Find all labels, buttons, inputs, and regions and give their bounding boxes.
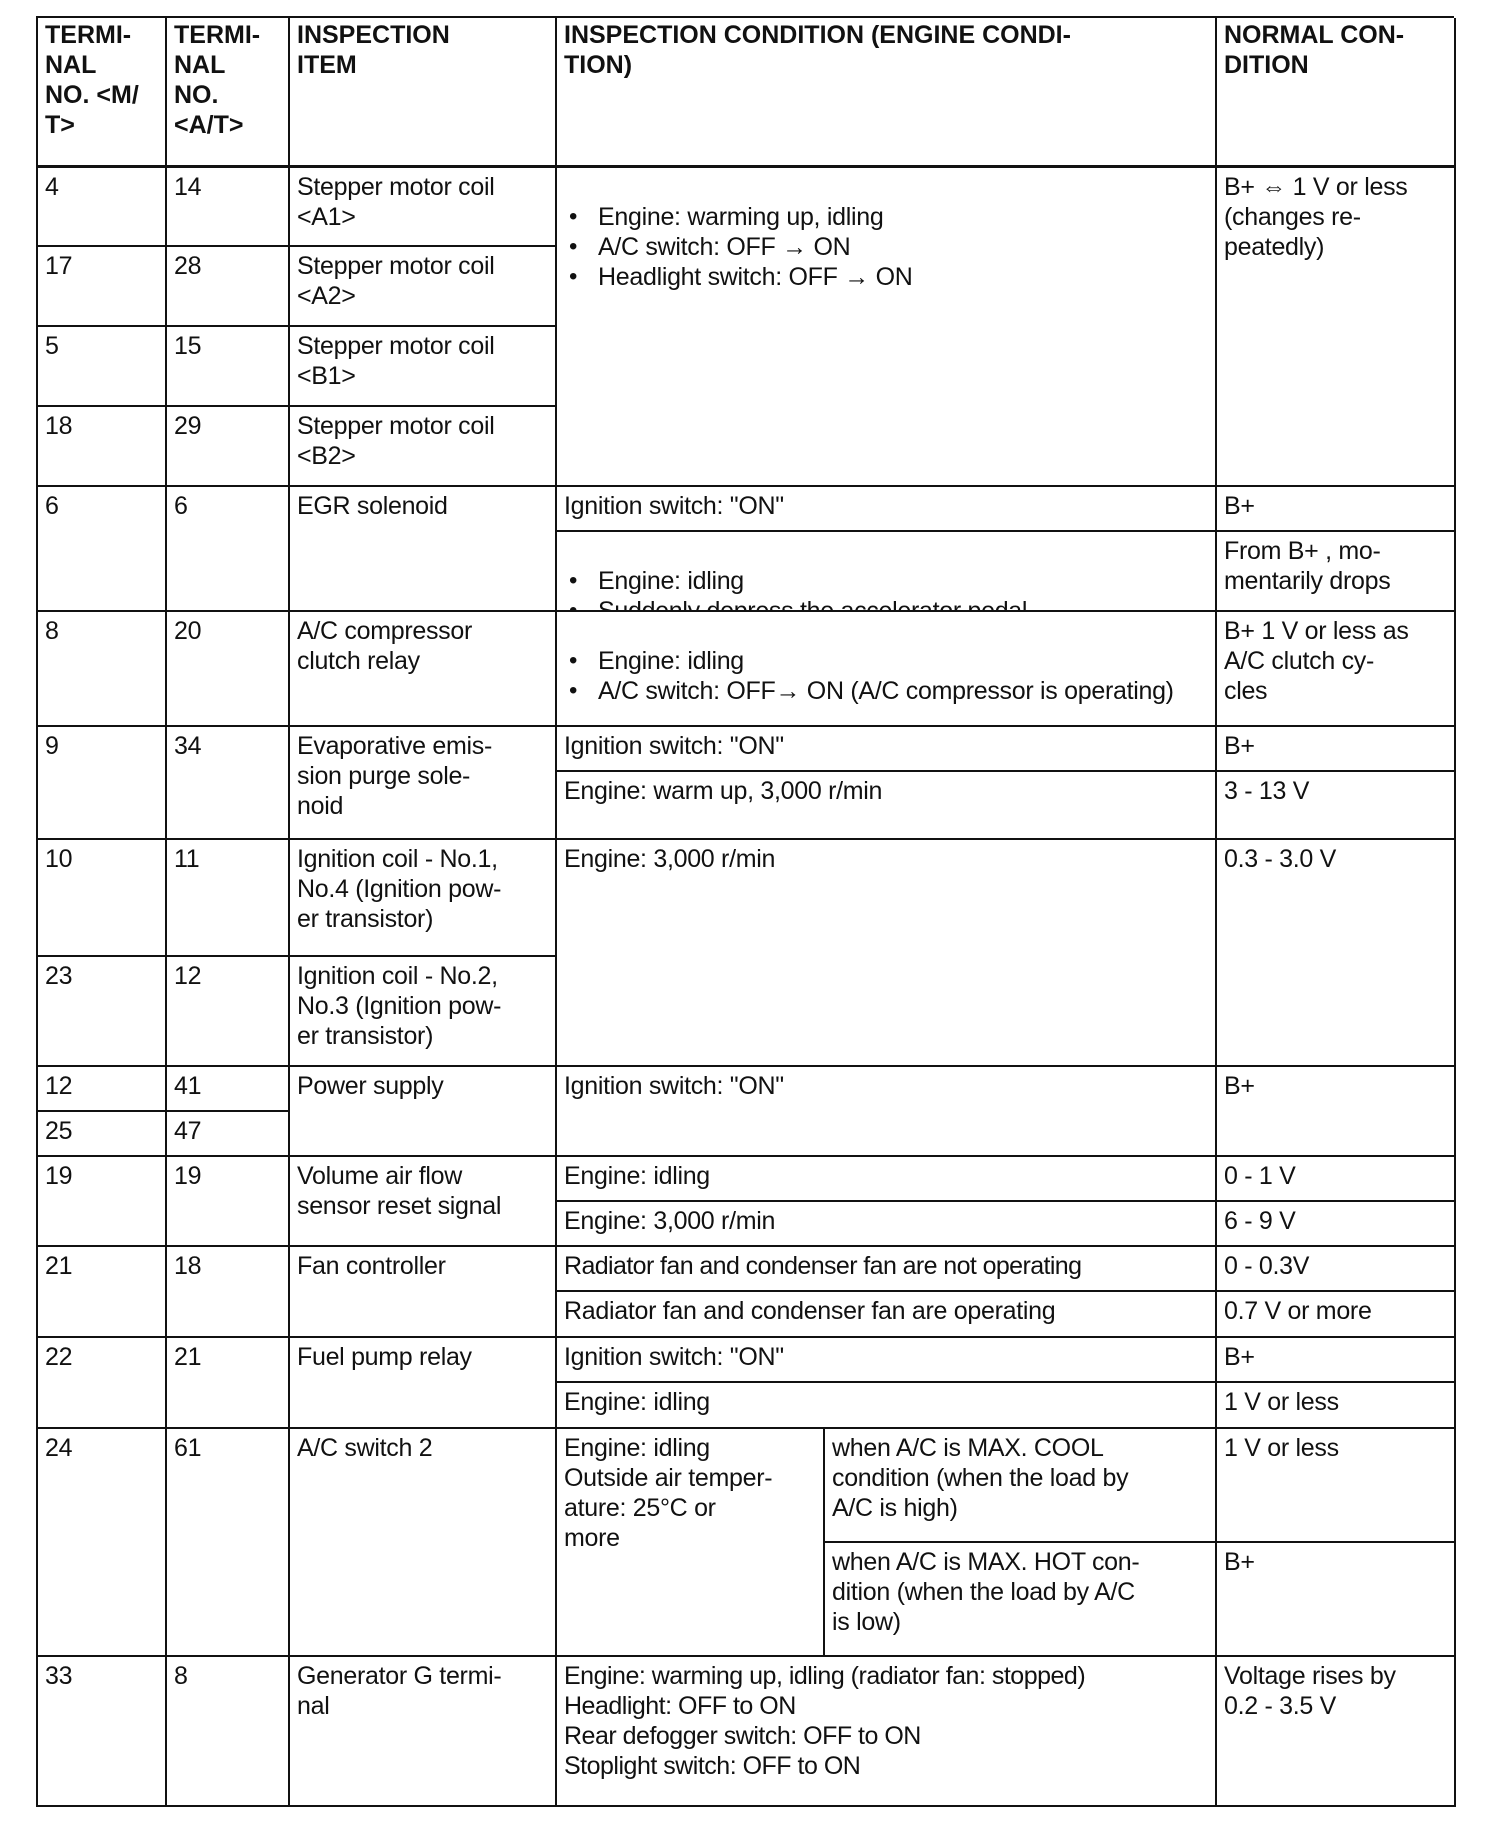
bullet-item: A/C switch: OFF → ON [598,232,1208,262]
cell-terminal-mt: 6 [38,487,167,612]
cell-inspection-item: Stepper motor coil <B1> [290,327,557,407]
cell-normal: 1 V or less [1217,1383,1456,1429]
cell-condition-stepper: Engine: warming up, idling A/C switch: O… [557,168,1217,487]
cell-normal: 0.3 - 3.0 V [1217,840,1456,1067]
cell-inspection-item: Ignition coil - No.2, No.3 (Ignition pow… [290,957,557,1067]
cell-terminal-mt: 10 [38,840,167,957]
cell-inspection-item: Stepper motor coil <A1> [290,168,557,247]
cell-terminal-mt: 5 [38,327,167,407]
bullet-item: Engine: idling [598,566,1208,596]
bullet-item: Engine: warming up, idling [598,202,1208,232]
cell-normal: B+ [1217,1067,1456,1157]
cell-normal: B+ [1217,1543,1456,1657]
cell-condition: Engine: idling Outside air temper- ature… [557,1429,825,1657]
cell-condition: Radiator fan and condenser fan are opera… [557,1292,1217,1338]
cell-inspection-item: Volume air flow sensor reset signal [290,1157,557,1247]
cell-terminal-at: 15 [167,327,290,407]
bullet-item: Headlight switch: OFF → ON [598,262,1208,292]
cell-normal: 6 - 9 V [1217,1202,1456,1247]
cell-sub-condition: when A/C is MAX. COOL condition (when th… [825,1429,1217,1543]
cell-normal: 1 V or less [1217,1429,1456,1543]
cell-terminal-mt: 33 [38,1657,167,1807]
cell-terminal-mt: 4 [38,168,167,247]
cell-terminal-mt: 9 [38,727,167,840]
cell-sub-condition: when A/C is MAX. HOT con- dition (when t… [825,1543,1217,1657]
cell-terminal-at: 61 [167,1429,290,1657]
cell-normal: 3 - 13 V [1217,772,1456,840]
cell-condition: Engine: idling Suddenly depress the acce… [557,532,1217,612]
cell-normal-stepper: B+ ⇔ 1 V or less (changes re- peatedly) [1217,168,1456,487]
cell-inspection-item: A/C compressor clutch relay [290,612,557,727]
cell-terminal-mt: 12 [38,1067,167,1112]
cell-condition: Ignition switch: "ON" [557,1338,1217,1383]
cell-inspection-item: Stepper motor coil <B2> [290,407,557,487]
cell-inspection-item: Power supply [290,1067,557,1157]
cell-inspection-item: Generator G termi- nal [290,1657,557,1807]
header-terminal-mt: TERMI- NAL NO. <M/ T> [38,18,167,168]
cell-condition: Engine: warming up, idling (radiator fan… [557,1657,1217,1807]
cell-terminal-at: 14 [167,168,290,247]
cell-terminal-at: 47 [167,1112,290,1157]
cell-terminal-at: 18 [167,1247,290,1338]
cell-condition: Engine: warm up, 3,000 r/min [557,772,1217,840]
cell-normal: Voltage rises by 0.2 - 3.5 V [1217,1657,1456,1807]
cell-terminal-mt: 23 [38,957,167,1067]
cell-terminal-at: 41 [167,1067,290,1112]
cell-terminal-mt: 18 [38,407,167,487]
cell-terminal-at: 12 [167,957,290,1067]
cell-terminal-at: 6 [167,487,290,612]
header-normal-condition: NORMAL CON- DITION [1217,18,1456,168]
cell-normal: B+ [1217,727,1456,772]
cell-inspection-item: Stepper motor coil <A2> [290,247,557,327]
cell-inspection-item: Fan controller [290,1247,557,1338]
header-inspection-item: INSPECTION ITEM [290,18,557,168]
cell-terminal-at: 29 [167,407,290,487]
bullet-item: Engine: idling [598,646,1188,676]
cell-normal: 0 - 1 V [1217,1157,1456,1202]
cell-inspection-item: A/C switch 2 [290,1429,557,1657]
header-inspection-condition: INSPECTION CONDITION (ENGINE CONDI- TION… [557,18,1217,168]
cell-terminal-mt: 25 [38,1112,167,1157]
cell-normal: From B+ , mo- mentarily drops [1217,532,1456,612]
cell-terminal-at: 11 [167,840,290,957]
cell-normal: B+ 1 V or less as A/C clutch cy- cles [1217,612,1456,727]
cell-terminal-mt: 24 [38,1429,167,1657]
cell-inspection-item: Ignition coil - No.1, No.4 (Ignition pow… [290,840,557,957]
bullet-item: A/C switch: OFF→ ON (A/C compressor is o… [598,676,1188,706]
cell-terminal-at: 20 [167,612,290,727]
cell-condition: Engine: 3,000 r/min [557,840,1217,1067]
bullet-list: Engine: warming up, idling A/C switch: O… [564,202,1208,292]
header-terminal-at: TERMI- NAL NO. <A/T> [167,18,290,168]
cell-normal: B+ [1217,487,1456,532]
cell-condition: Engine: idling [557,1383,1217,1429]
cell-terminal-at: 19 [167,1157,290,1247]
cell-terminal-at: 8 [167,1657,290,1807]
cell-condition: Engine: idling [557,1157,1217,1202]
cell-terminal-at: 28 [167,247,290,327]
terminal-inspection-table: TERMI- NAL NO. <M/ T> TERMI- NAL NO. <A/… [36,16,1454,1807]
cell-condition: Ignition switch: "ON" [557,1067,1217,1157]
cell-terminal-mt: 22 [38,1338,167,1429]
cell-condition: Radiator fan and condenser fan are not o… [557,1247,1217,1292]
bullet-list: Engine: idling Suddenly depress the acce… [564,566,1208,612]
cell-normal: B+ [1217,1338,1456,1383]
bullet-item: Suddenly depress the accelerator pedal. [598,596,1208,612]
cell-terminal-at: 34 [167,727,290,840]
cell-normal: 0 - 0.3V [1217,1247,1456,1292]
cell-terminal-mt: 17 [38,247,167,327]
cell-condition: Engine: idling A/C switch: OFF→ ON (A/C … [557,612,1217,727]
cell-condition: Ignition switch: "ON" [557,727,1217,772]
cell-normal: 0.7 V or more [1217,1292,1456,1338]
cell-terminal-mt: 19 [38,1157,167,1247]
cell-terminal-mt: 8 [38,612,167,727]
cell-terminal-mt: 21 [38,1247,167,1338]
cell-inspection-item: Fuel pump relay [290,1338,557,1429]
cell-terminal-at: 21 [167,1338,290,1429]
cell-condition: Ignition switch: "ON" [557,487,1217,532]
cell-inspection-item: EGR solenoid [290,487,557,612]
cell-condition: Engine: 3,000 r/min [557,1202,1217,1247]
cell-inspection-item: Evaporative emis- sion purge sole- noid [290,727,557,840]
bullet-list: Engine: idling A/C switch: OFF→ ON (A/C … [564,646,1208,706]
